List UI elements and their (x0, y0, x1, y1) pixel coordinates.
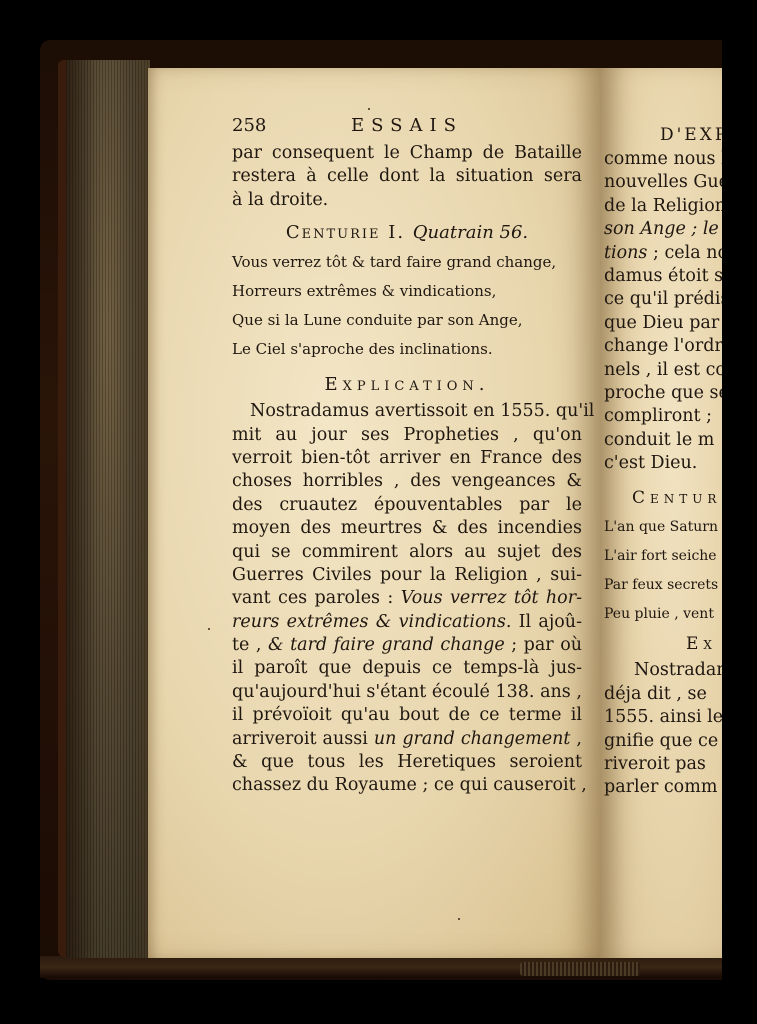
explication-heading: Explication. (232, 370, 582, 400)
text-line: nels , il est co (604, 359, 722, 382)
verse-line: L'an que Saturn (604, 513, 722, 542)
body-text: par consequent le Champ de Bataille rest… (232, 142, 582, 798)
text-line: restera à celle dont la situation sera (232, 165, 582, 188)
paper-speck (458, 918, 460, 920)
italic-quote: un grand changement (374, 729, 571, 749)
text-line: parler comm (604, 776, 722, 799)
text-line: & que tous les Heretiques seroient (232, 751, 582, 774)
italic-quote: & tard faire grand change (268, 635, 505, 655)
text-line-mixed: arriveroit aussi un grand changement , (232, 728, 582, 751)
text-line: il prévoïoit qu'au bout de ce terme il (232, 704, 582, 727)
text-line: change l'ordr (604, 335, 722, 358)
verse-line: Par feux secrets (604, 571, 722, 600)
text-line: nouvelles Guer (604, 171, 722, 194)
text-line: Nostradam (604, 659, 722, 682)
body-text: comme nous le nouvelles Guer de la Relig… (604, 148, 722, 800)
text-line-mixed: vant ces paroles : Vous verrez tôt hor- (232, 587, 582, 610)
text-line: choses horribles , des vengeances & (232, 470, 582, 493)
text-line: de la Religion. I (604, 195, 722, 218)
book-headband (520, 962, 640, 976)
paper-speck (208, 628, 210, 630)
text-line: qui se commirent alors au sujet des (232, 541, 582, 564)
text-line: proche que se (604, 382, 722, 405)
text-line: il paroît que depuis ce temps-là jus- (232, 657, 582, 680)
right-page: D'EXPL comme nous le nouvelles Guer de l… (600, 68, 722, 958)
quatrain-number: Quatrain 56. (413, 222, 528, 243)
running-title: D'EXPL (660, 120, 722, 150)
verse-line: Le Ciel s'aproche des inclinations. (232, 335, 582, 364)
roman-span: ; par où (505, 635, 582, 655)
italic-quote: son Ange ; le C (604, 219, 722, 239)
running-title: ESSAIS (232, 114, 582, 138)
verse-line: Que si la Lune conduite par son Ange, (232, 306, 582, 335)
left-page: 258 ESSAIS par consequent le Champ de Ba… (148, 68, 604, 958)
text-line: gnifie que ce (604, 730, 722, 753)
text-line: compliront ; (604, 405, 722, 428)
text-line: qu'aujourd'hui s'étant écoulé 138. ans , (232, 681, 582, 704)
text-line: son Ange ; le C (604, 218, 722, 241)
centurie-label: Centurie I. (286, 222, 405, 243)
page-block-fore-edge (58, 60, 150, 958)
text-line: verroit bien-tôt arriver en France des (232, 447, 582, 470)
text-line-mixed: tions ; cela nou (604, 242, 722, 265)
quatrain-heading: Centurie I. Quatrain 56. (232, 218, 582, 248)
roman-span: ; cela nou (647, 243, 722, 263)
text-line: à la droite. (232, 189, 582, 212)
text-line: comme nous le (604, 148, 722, 171)
text-line: mit au jour ses Propheties , qu'on (232, 424, 582, 447)
text-line: chassez du Royaume ; ce qui causeroit , (232, 774, 582, 797)
text-line: conduit le m (604, 429, 722, 452)
text-line-mixed: te , & tard faire grand change ; par où (232, 634, 582, 657)
italic-quote: reurs extrêmes & vindications (232, 612, 506, 632)
text-line: 1555. ainsi le (604, 706, 722, 729)
text-line: ce qu'il prédis (604, 288, 722, 311)
text-line: que Dieu par (604, 312, 722, 335)
roman-span: te , (232, 635, 268, 655)
running-head: 258 ESSAIS (232, 114, 582, 138)
roman-span: , (570, 729, 582, 749)
verse-line: L'air fort seiche (604, 542, 722, 571)
text-line: damus étoit si (604, 265, 722, 288)
text-line: des cruautez épouventables par le (232, 494, 582, 517)
text-line: par consequent le Champ de Bataille (232, 142, 582, 165)
verse-line: Peu pluie , vent (604, 600, 722, 629)
paper-speck (368, 108, 370, 110)
verse-line: Vous verrez tôt & tard faire grand chang… (232, 248, 582, 277)
text-line: riveroit pas (604, 753, 722, 776)
text-line-mixed: reurs extrêmes & vindications. Il ajoû- (232, 611, 582, 634)
text-line: Guerres Civiles pour la Religion , sui- (232, 564, 582, 587)
text-line: c'est Dieu. (604, 452, 722, 475)
verse-line: Horreurs extrêmes & vindications, (232, 277, 582, 306)
italic-quote: tions (604, 243, 647, 263)
photo-stage: 258 ESSAIS par consequent le Champ de Ba… (0, 0, 757, 1024)
roman-span: vant ces paroles : (232, 588, 401, 608)
roman-span: . Il ajoû- (506, 612, 582, 632)
explication-heading: Ex (604, 629, 722, 659)
centurie-heading: Centuri (604, 483, 722, 513)
italic-quote: Vous verrez tôt hor- (401, 588, 582, 608)
text-line: Nostradamus avertissoit en 1555. qu'il (232, 400, 582, 423)
text-line: déja dit , se (604, 683, 722, 706)
text-line: moyen des meurtres & des incendies (232, 517, 582, 540)
roman-span: arriveroit aussi (232, 729, 374, 749)
